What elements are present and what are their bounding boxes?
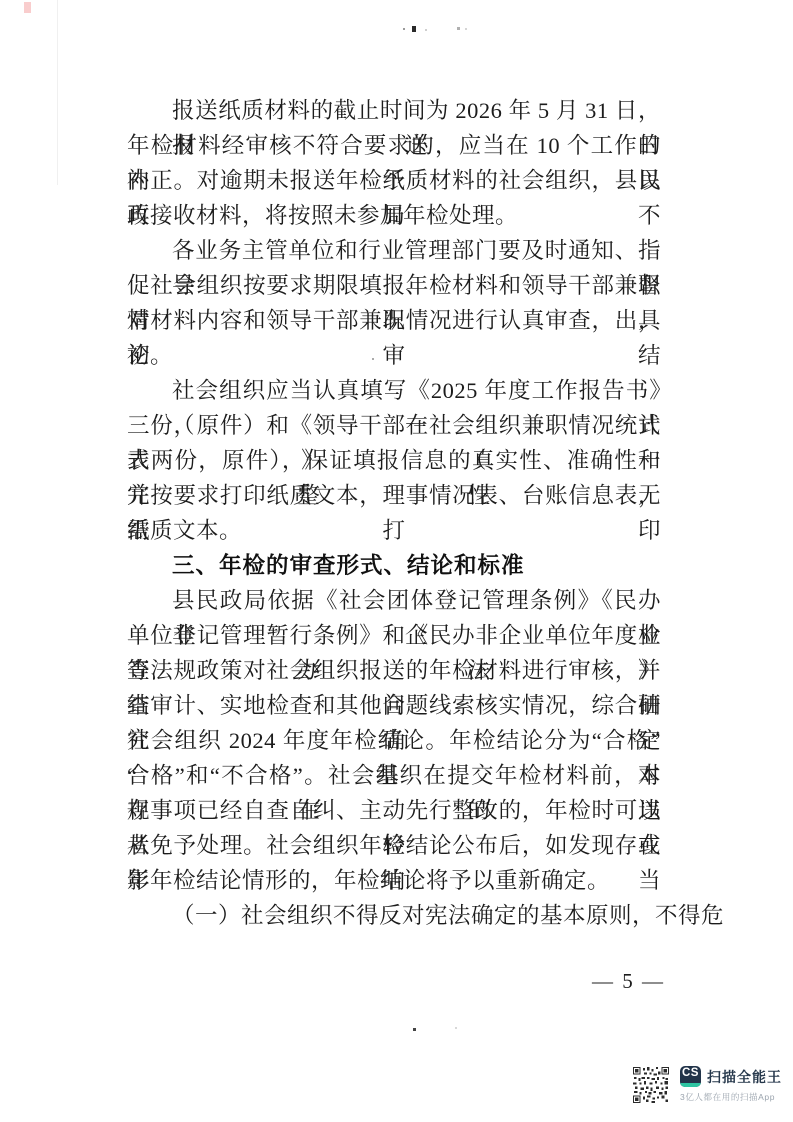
text-line: 规事项已经自查自纠、主动先行整改的，年检时可以从轻或	[127, 793, 661, 828]
scan-red-mark	[24, 2, 31, 13]
page-number: — 5 —	[592, 969, 665, 994]
text-line: 查审计、实地检查和其他问题线索核实情况，综合研究确定	[127, 688, 661, 723]
text-line: 年检材料经审核不符合要求的，应当在 10 个工作日内予以	[127, 128, 661, 163]
scan-edge-line	[57, 0, 58, 185]
text-line: （一）社会组织不得反对宪法确定的基本原则，不得危	[127, 898, 661, 933]
text-line: 年年检结论情形的，年检结论将予以重新确定。	[127, 863, 661, 898]
scan-speck	[412, 26, 416, 32]
camscanner-logo-icon: CS	[680, 1066, 701, 1087]
scan-speck	[425, 29, 427, 31]
text-line: 等法规政策对社会组织报送的年检材料进行审核，并结合抽	[127, 653, 661, 688]
qr-code-icon	[633, 1067, 669, 1103]
cs-swoosh	[680, 1083, 701, 1088]
text-line: 合格”和“不合格”。社会组织在提交年检材料前，对存在的违	[127, 758, 661, 793]
text-line: 式两份，原件），保证填报信息的真实性、准确性和完整性，	[127, 443, 661, 478]
text-line: 补正。对逾期未报送年检纸质材料的社会组织，县民政局不	[127, 163, 661, 198]
scan-speck	[457, 27, 460, 30]
section-heading: 三、年检的审查形式、结论和标准	[127, 548, 661, 583]
scanned-document-page: 报送纸质材料的截止时间为 2026 年 5 月 31 日，报送的 年检材料经审核…	[0, 0, 793, 1122]
text-line: 三份，原件）和《领导干部在社会组织兼职情况统计表》（一	[127, 408, 661, 443]
document-body: 报送纸质材料的截止时间为 2026 年 5 月 31 日，报送的 年检材料经审核…	[127, 93, 661, 933]
camscanner-app-name: 扫描全能王	[707, 1067, 782, 1087]
text-line: 并按要求打印纸质文本，理事情况表、台账信息表无需打印	[127, 478, 661, 513]
text-line: 各业务主管单位和行业管理部门要及时通知、指导、督	[127, 233, 661, 268]
text-line: 报送纸质材料的截止时间为 2026 年 5 月 31 日，报送的	[127, 93, 661, 128]
text-line: 对材料内容和领导干部兼职情况进行认真审查，出具初审结	[127, 303, 661, 338]
scan-speck	[413, 1028, 416, 1031]
camscanner-watermark: CS 扫描全能王 3亿人都在用的扫描App	[633, 1066, 782, 1103]
scan-speck	[403, 28, 405, 30]
camscanner-tagline: 3亿人都在用的扫描App	[680, 1091, 782, 1103]
text-line: 者免予处理。社会组织年检结论公布后，如发现存在影响当	[127, 828, 661, 863]
scan-speck	[465, 28, 467, 30]
text-line: 县民政局依据《社会团体登记管理条例》《民办非企业	[127, 583, 661, 618]
cs-monogram: CS	[680, 1067, 701, 1079]
text-line: 单位登记管理暂行条例》和《民办非企业单位年度检查办法》	[127, 618, 661, 653]
text-line: 促社会组织按要求期限填报年检材料和领导干部兼职情况，	[127, 268, 661, 303]
text-line: 社会组织 2024 年度年检结论。年检结论分为“合格” “基本	[127, 723, 661, 758]
text-line: 社会组织应当认真填写《2025 年度工作报告书》（一式	[127, 373, 661, 408]
scan-speck	[455, 1027, 457, 1029]
